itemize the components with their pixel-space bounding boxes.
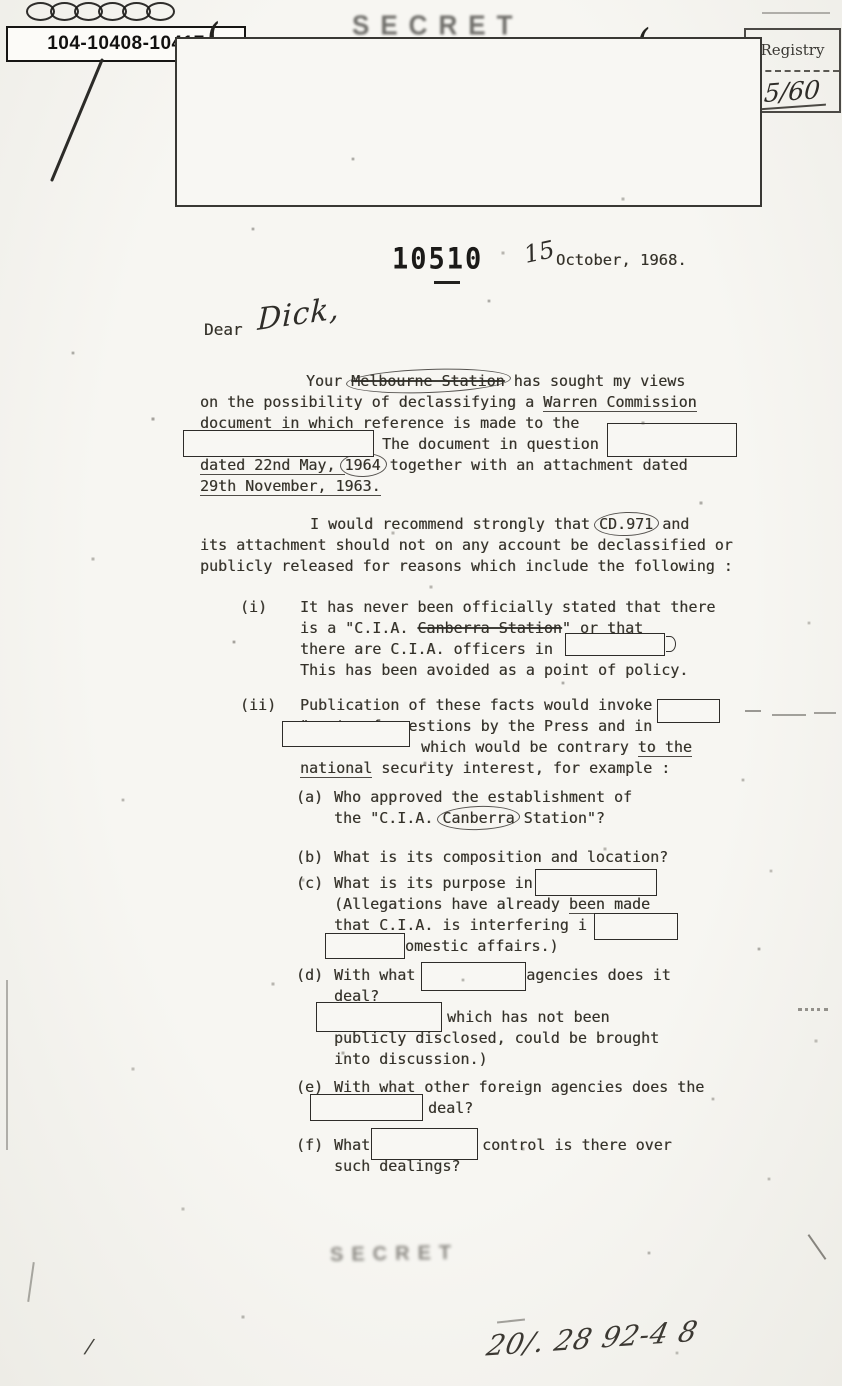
text-segment: Who approved the establishment of	[334, 788, 632, 806]
letter-line: Your Melbourne Station has sought my vie…	[200, 371, 820, 392]
scallop-pen-marks	[26, 2, 170, 21]
letter-line: national security interest, for example …	[300, 758, 692, 779]
cd971-circled: CD.971	[599, 514, 653, 535]
redaction-box	[371, 1128, 478, 1160]
letter-line: on the possibility of declassifying a Wa…	[200, 392, 820, 413]
text-segment: which has not been	[438, 1008, 610, 1026]
sub-item-text: Who approved the establishment of the "C…	[334, 787, 632, 829]
list-item-i: (i) It has never been officially stated …	[200, 597, 820, 681]
pen-tick	[808, 1234, 827, 1260]
letter-line: Who approved the establishment of	[334, 787, 632, 808]
secret-stamp-bottom: SECRET	[330, 1242, 460, 1267]
text-segment: and	[653, 515, 689, 533]
stamp-underline-mark	[434, 281, 460, 284]
sub-item-f: (f) Whatcontrol is there over such deali…	[200, 1135, 820, 1177]
pen-slash-mark	[40, 52, 120, 192]
date-typed: October, 1968.	[556, 251, 687, 269]
margin-dots	[798, 1008, 828, 1011]
margin-dash	[745, 710, 761, 712]
letterhead-redaction-box	[175, 37, 762, 207]
scanned-document-page: 104-10408-10417 ( SECRET ( Registry 5/60…	[0, 0, 842, 1386]
letter-line: its attachment should not on any account…	[200, 535, 820, 556]
margin-dash	[772, 714, 806, 716]
handwritten-file-reference: 20/. 28 92-4 8	[484, 1314, 702, 1362]
redaction-box	[535, 869, 657, 896]
text-segment: publicly released for reasons which incl…	[200, 557, 733, 575]
text-segment: deal?	[419, 1099, 473, 1117]
melbourne-station-scribbled: Melbourne Station	[351, 371, 505, 392]
text-segment: Publication of these facts would invoke …	[300, 696, 670, 714]
sub-item-label: (b)	[200, 847, 334, 868]
text-segment: omestic affairs.)	[405, 937, 559, 955]
salutation-typed: Dear	[204, 320, 243, 339]
item-label: (i)	[200, 597, 300, 681]
text-segment: on the possibility of declassifying a	[200, 393, 543, 411]
text-segment: It has never been officially stated that…	[300, 598, 715, 616]
text-segment: there are C.I.A. officers in	[300, 640, 553, 658]
reference-number-stamp: 10510	[392, 243, 483, 276]
redaction-box	[282, 721, 410, 747]
text-segment: into discussion.)	[334, 1050, 488, 1068]
warren-commission-underlined: Warren Commission	[543, 393, 697, 412]
letter-line: dated 22nd May, 1964 together with an at…	[200, 455, 820, 476]
text-segment: Your	[306, 372, 351, 390]
paragraph-2: I would recommend strongly that CD.971 a…	[200, 514, 820, 577]
text-segment: What is its composition and location?	[334, 848, 668, 866]
sub-item-label: (a)	[200, 787, 334, 829]
pen-slash-small: /	[85, 1334, 94, 1359]
redaction-box	[594, 913, 678, 940]
to-the-underlined: to the	[638, 738, 692, 757]
sub-item-label: (d)	[200, 965, 334, 1070]
registry-number-handwritten: 5/60	[756, 74, 828, 110]
sub-item-a: (a) Who approved the establishment of th…	[200, 787, 820, 829]
handwritten-day: 15	[521, 235, 557, 269]
text-segment: Station"?	[515, 809, 605, 827]
redaction-box	[310, 1094, 423, 1121]
sub-item-e: (e) With what other foreign agencies doe…	[200, 1077, 820, 1119]
small-dash	[497, 1319, 525, 1324]
letter-line: This has been avoided as a point of poli…	[300, 660, 715, 681]
salutation-handwritten-name: Dick,	[257, 291, 341, 338]
letter-line: I would recommend strongly that CD.971 a…	[200, 514, 820, 535]
text-segment: This has been avoided as a point of poli…	[300, 661, 688, 679]
pen-tick	[27, 1262, 35, 1302]
text-segment: security interest, for example :	[372, 759, 670, 777]
sub-item-b: (b) What is its composition and location…	[200, 847, 820, 868]
text-segment: What	[334, 1136, 370, 1154]
letter-line: 29th November, 1963.	[200, 476, 820, 497]
sub-item-c: (c) What is its purpose in (Allegations …	[200, 873, 820, 957]
sub-item-text: What is its composition and location?	[334, 847, 668, 868]
text-segment: control is there over	[482, 1136, 672, 1154]
canberra-circled: Canberra	[442, 808, 514, 829]
scan-edge-artifact	[6, 980, 8, 1150]
redaction-box	[316, 1002, 442, 1032]
sub-item-label: (f)	[200, 1135, 334, 1177]
letter-line: It has never been officially stated that…	[300, 597, 715, 618]
been-made-underlined: been made	[569, 895, 650, 914]
text-segment: I would recommend strongly that	[310, 515, 599, 533]
sub-item-label: (c)	[200, 873, 334, 957]
dated-22nd-may-underlined: dated 22nd May,	[200, 456, 345, 475]
text-segment: which would be contrary	[412, 738, 638, 756]
redaction-box	[183, 430, 374, 457]
redaction-box	[657, 699, 720, 723]
letter-body: Your Melbourne Station has sought my vie…	[200, 371, 820, 1177]
redaction-box	[565, 633, 665, 656]
letter-line: the "C.I.A. Canberra Station"?	[334, 808, 632, 829]
national-underlined: national	[300, 759, 372, 778]
29th-november-underlined: 29th November, 1963.	[200, 477, 381, 496]
text-segment: is a "C.I.A.	[300, 619, 417, 637]
letter-line: What is its composition and location?	[334, 847, 668, 868]
text-segment: that C.I.A. is interfering i	[334, 916, 587, 934]
text-segment: together with an attachment dated	[381, 456, 688, 474]
letter-line: Publication of these facts would invoke …	[300, 695, 692, 716]
text-segment: The document in question is	[382, 435, 635, 453]
canberra-station-scribbled: Canberra Station	[417, 619, 562, 637]
text-segment: its attachment should not on any account…	[200, 536, 733, 554]
text-segment: With what	[334, 966, 415, 984]
redaction-box	[607, 423, 737, 457]
noise-dash	[762, 12, 830, 14]
1964-circled: 1964	[345, 455, 381, 476]
scan-noise	[0, 0, 2, 2]
letter-line: (Allegations have already been made	[334, 894, 650, 915]
letter-line: into discussion.)	[334, 1049, 671, 1070]
redaction-box	[325, 933, 405, 959]
text-segment: has sought my views	[505, 372, 686, 390]
margin-dash	[814, 712, 836, 714]
text-segment: agencies does it	[526, 966, 671, 984]
redaction-box	[421, 962, 526, 991]
text-segment: (Allegations have already	[334, 895, 569, 913]
letter-line: publicly released for reasons which incl…	[200, 556, 820, 577]
text-segment: the "C.I.A.	[334, 809, 442, 827]
text-segment: What is its purpose in	[334, 874, 533, 892]
